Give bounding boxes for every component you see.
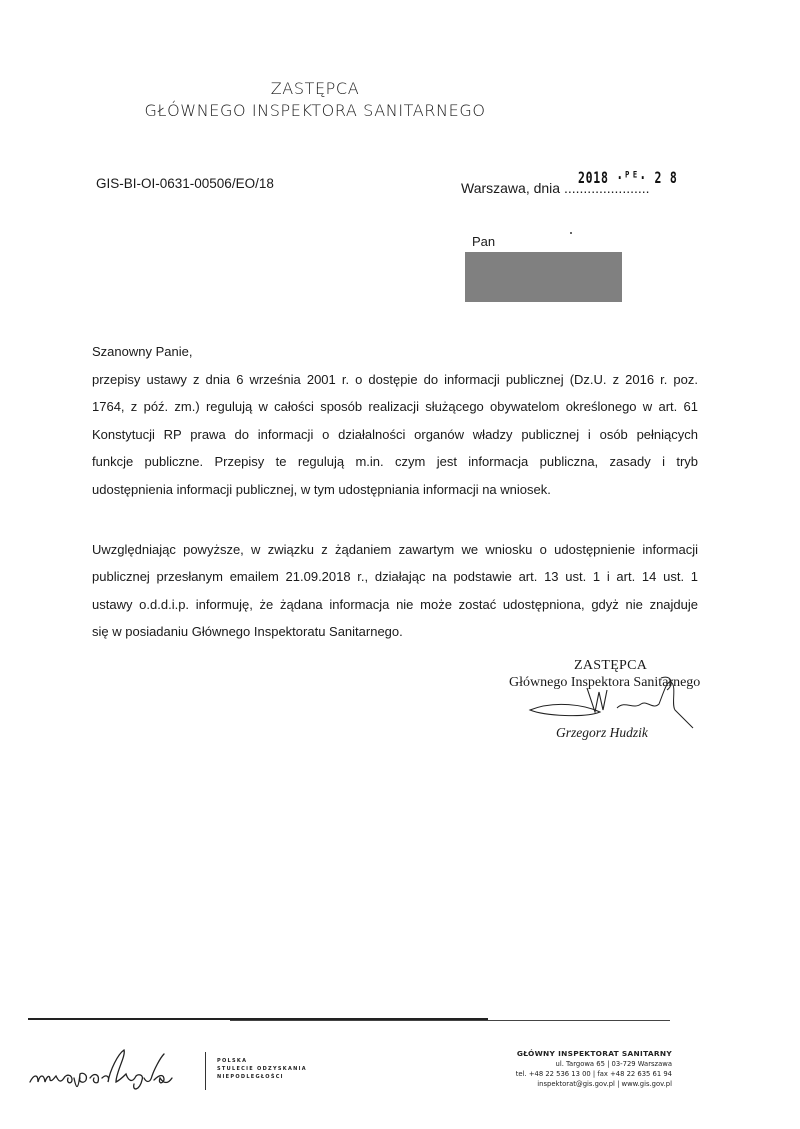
paragraph-1-line: funkcje publiczne. Przepisy te regulują … — [92, 448, 698, 475]
recipient-salutation: Pan — [472, 234, 495, 249]
footer-address: ul. Targowa 65 | 03-729 Warszawa — [516, 1059, 672, 1069]
logo-separator — [205, 1052, 206, 1090]
logo-caption-line: POLSKA — [217, 1057, 307, 1065]
reference-number: GIS-BI-OI-0631-00506/EO/18 — [96, 176, 274, 191]
paragraph-2-line: publicznej przesłanym emailem 21.09.2018… — [92, 563, 698, 590]
niepodlegla-logo-icon — [28, 1044, 198, 1092]
footer-email-web: inspektorat@gis.gov.pl | www.gis.gov.pl — [516, 1079, 672, 1089]
paragraph-1-line: udostępnienia informacji publicznej, w t… — [92, 476, 698, 503]
footer-contact-block: GŁÓWNY INSPEKTORAT SANITARNY ul. Targowa… — [516, 1048, 672, 1089]
letter-page: ZASTĘPCA GŁÓWNEGO INSPEKTORA SANITARNEGO… — [0, 0, 800, 1129]
signatory-name: Grzegorz Hudzik — [556, 725, 648, 741]
paragraph-2-line: się w posiadaniu Głównego Inspektoratu S… — [92, 618, 698, 645]
handwritten-signature — [525, 670, 715, 730]
paragraph-1-line: przepisy ustawy z dnia 6 września 2001 r… — [92, 366, 698, 393]
scan-speck — [570, 232, 572, 234]
paragraph-2-line: Uwzględniając powyższe, w związku z żąda… — [92, 536, 698, 563]
paragraph-1-line: 1764, z póź. zm.) regulują w całości spo… — [92, 393, 698, 420]
date-stamp: 2018 ·ᴾᴱ· 2 8 — [578, 168, 678, 187]
logo-caption: POLSKA STULECIE ODZYSKANIA NIEPODLEGŁOŚC… — [217, 1057, 307, 1081]
footer-divider-secondary — [230, 1020, 670, 1021]
logo-caption-line: NIEPODLEGŁOŚCI — [217, 1073, 307, 1081]
logo-caption-line: STULECIE ODZYSKANIA — [217, 1065, 307, 1073]
date-label: Warszawa, dnia — [461, 180, 560, 196]
paragraph-2-line: ustawy o.d.d.i.p. informuję, że żądana i… — [92, 591, 698, 618]
footer-org-name: GŁÓWNY INSPEKTORAT SANITARNY — [516, 1048, 672, 1059]
paragraph-2: Uwzględniając powyższe, w związku z żąda… — [92, 536, 698, 646]
header-title-line1: ZASTĘPCA — [35, 79, 595, 98]
letter-greeting: Szanowny Panie, — [92, 338, 698, 365]
redacted-recipient-name — [465, 252, 622, 302]
paragraph-1-line: Konstytucji RP prawa do informacji o dzi… — [92, 421, 698, 448]
paragraph-1: przepisy ustawy z dnia 6 września 2001 r… — [92, 366, 698, 503]
header-title-line2: GŁÓWNEGO INSPEKTORA SANITARNEGO — [35, 101, 595, 120]
footer-phone-fax: tel. +48 22 536 13 00 | fax +48 22 635 6… — [516, 1069, 672, 1079]
